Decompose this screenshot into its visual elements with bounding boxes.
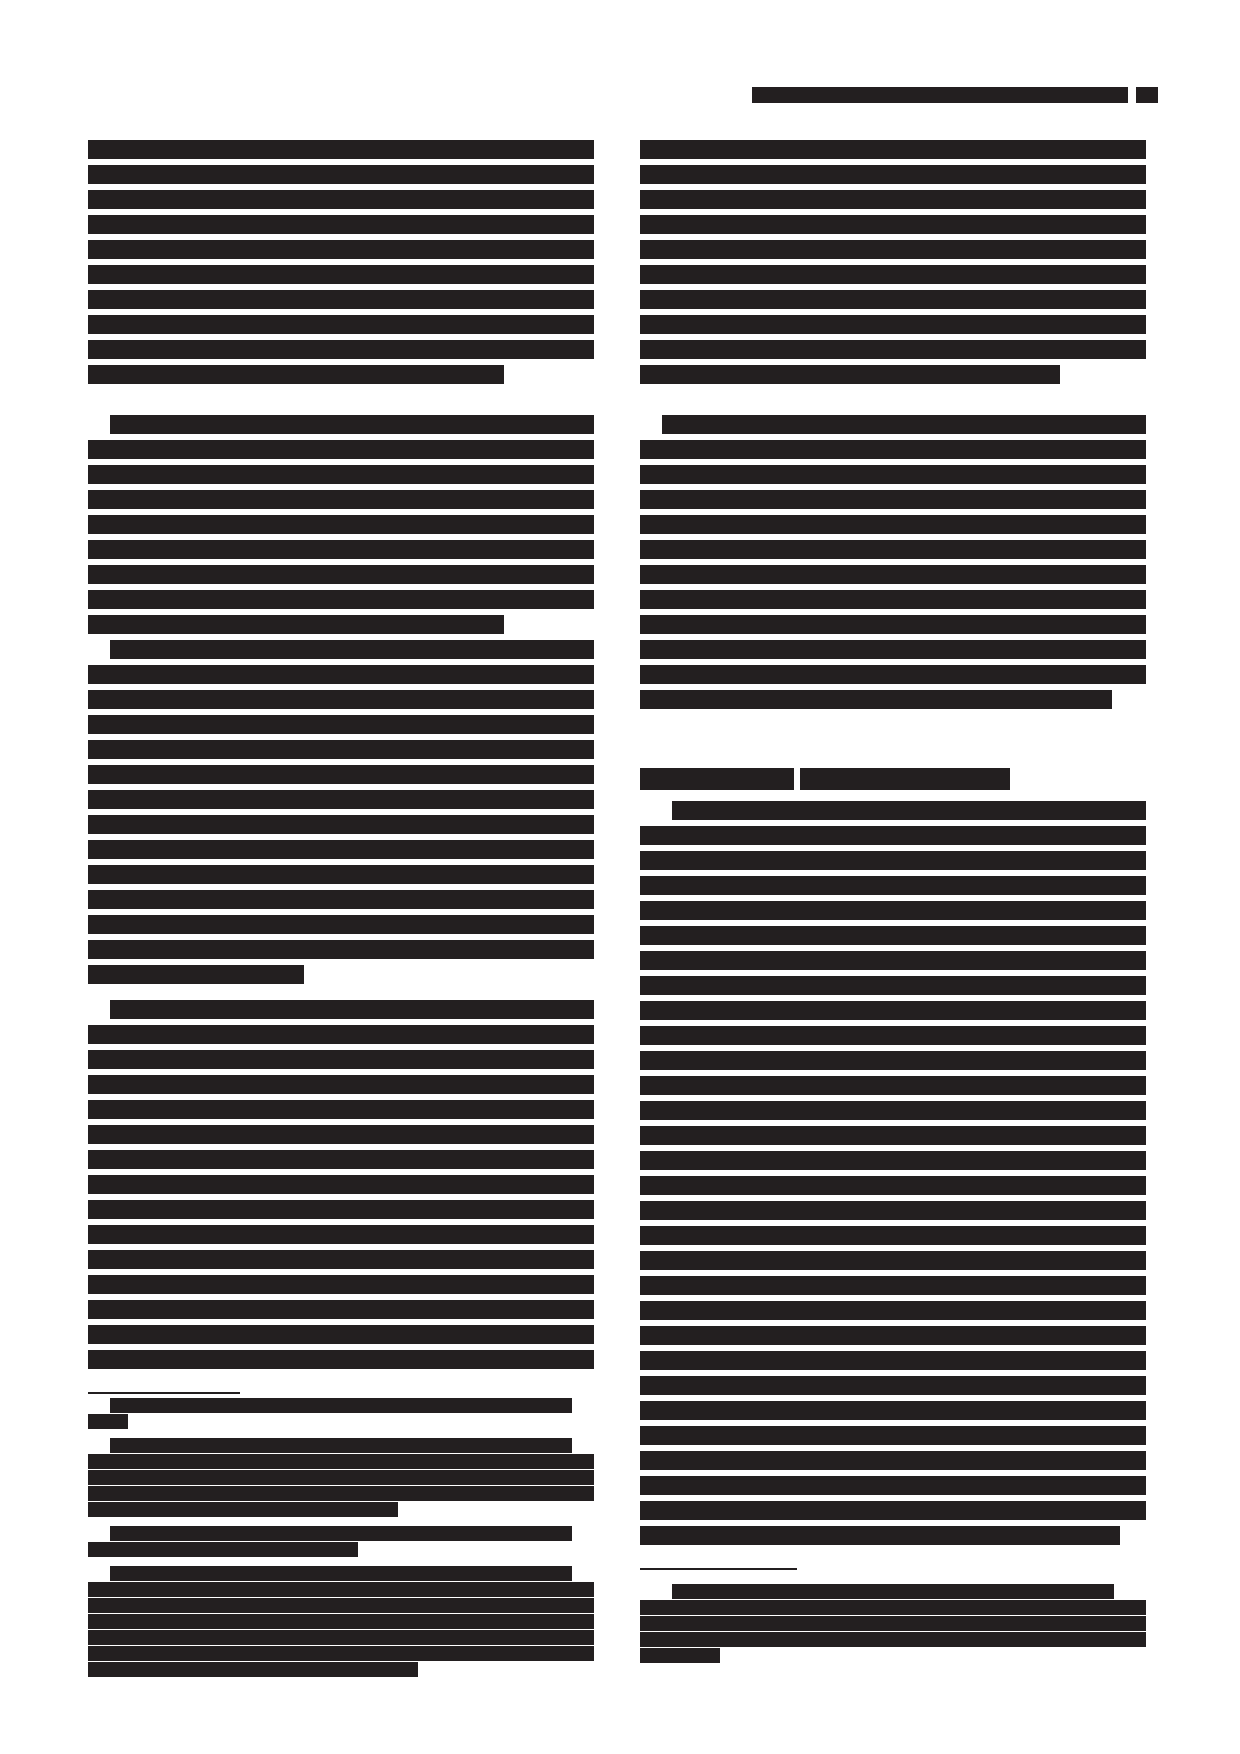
redacted-text-line (640, 240, 1146, 259)
redacted-text-line (640, 1648, 720, 1663)
redacted-text-line (640, 1201, 1146, 1220)
redacted-text-line (110, 1000, 594, 1019)
redacted-text-line (640, 1101, 1146, 1120)
redacted-text-line (88, 590, 594, 609)
redacted-text-line (640, 1501, 1146, 1520)
redacted-text-line (88, 265, 594, 284)
footnote-separator-rule (640, 1568, 797, 1570)
redacted-text-line (88, 1630, 594, 1645)
redacted-text-line (640, 615, 1146, 634)
redacted-text-line (88, 1414, 128, 1429)
redacted-text-line (88, 765, 594, 784)
redacted-text-line (88, 1150, 594, 1169)
redacted-text-line (640, 590, 1146, 609)
redacted-text-line (88, 1025, 594, 1044)
redacted-text-line (640, 340, 1146, 359)
redacted-text-line (88, 365, 504, 384)
redacted-text-line (640, 1276, 1146, 1295)
redacted-text-line (640, 315, 1146, 334)
redacted-text-line (88, 1200, 594, 1219)
redacted-text-line (88, 165, 594, 184)
redacted-text-line (640, 1301, 1146, 1320)
redacted-heading-word (800, 768, 1010, 790)
running-header-title-redacted (752, 87, 1128, 103)
redacted-text-line (88, 715, 594, 734)
redacted-text-line (640, 851, 1146, 870)
redacted-text-line (640, 901, 1146, 920)
redacted-text-line (88, 1582, 594, 1597)
redacted-text-line (640, 440, 1146, 459)
redacted-text-line (640, 265, 1146, 284)
redacted-text-line (88, 615, 504, 634)
redacted-text-line (88, 790, 594, 809)
redacted-text-line (640, 165, 1146, 184)
redacted-text-line (88, 815, 594, 834)
redacted-text-line (88, 840, 594, 859)
redacted-text-line (88, 1542, 358, 1557)
redacted-text-line (110, 640, 594, 659)
redacted-text-line (88, 1075, 594, 1094)
redacted-text-line (640, 1326, 1146, 1345)
redacted-text-line (88, 215, 594, 234)
paper-page (0, 0, 1240, 1754)
redacted-text-line (88, 865, 594, 884)
redacted-text-line (640, 365, 1060, 384)
redacted-text-line (88, 1662, 418, 1677)
redacted-text-line (640, 565, 1146, 584)
redacted-text-line (88, 740, 594, 759)
redacted-text-line (640, 640, 1146, 659)
redacted-text-line (640, 1616, 1146, 1631)
redacted-text-line (640, 926, 1146, 945)
redacted-text-line (640, 1251, 1146, 1270)
redacted-text-line (640, 1351, 1146, 1370)
redacted-text-line (110, 1566, 572, 1581)
redacted-text-line (88, 515, 594, 534)
redacted-text-line (88, 1454, 594, 1469)
redacted-text-line (640, 665, 1146, 684)
redacted-text-line (88, 565, 594, 584)
redacted-text-line (110, 1526, 572, 1541)
redacted-text-line (88, 1350, 594, 1369)
redacted-text-line (110, 1438, 572, 1453)
redacted-text-line (640, 1001, 1146, 1020)
redacted-text-line (88, 190, 594, 209)
redacted-text-line (640, 876, 1146, 895)
redacted-text-line (672, 1584, 1114, 1599)
redacted-text-line (640, 1526, 1120, 1545)
page-number-redacted (1136, 87, 1158, 103)
redacted-text-line (640, 1476, 1146, 1495)
redacted-text-line (88, 690, 594, 709)
redacted-text-line (88, 940, 594, 959)
redacted-text-line (88, 965, 304, 984)
redacted-text-line (640, 540, 1146, 559)
redacted-text-line (88, 1275, 594, 1294)
redacted-text-line (640, 1451, 1146, 1470)
redacted-text-line (640, 1426, 1146, 1445)
redacted-text-line (88, 1125, 594, 1144)
redacted-text-line (88, 665, 594, 684)
redacted-text-line (640, 190, 1146, 209)
redacted-text-line (640, 1226, 1146, 1245)
redacted-text-line (640, 690, 1112, 709)
redacted-text-line (640, 140, 1146, 159)
redacted-text-line (88, 440, 594, 459)
redacted-text-line (88, 290, 594, 309)
redacted-text-line (88, 890, 594, 909)
redacted-text-line (110, 1398, 572, 1413)
redacted-text-line (672, 801, 1146, 820)
redacted-text-line (640, 1026, 1146, 1045)
redacted-text-line (88, 1050, 594, 1069)
redacted-text-line (640, 290, 1146, 309)
redacted-text-line (662, 415, 1146, 434)
redacted-text-line (640, 1401, 1146, 1420)
redacted-text-line (88, 240, 594, 259)
redacted-text-line (640, 465, 1146, 484)
redacted-text-line (640, 215, 1146, 234)
footnote-separator-rule (88, 1392, 240, 1394)
redacted-text-line (88, 1225, 594, 1244)
redacted-text-line (88, 465, 594, 484)
redacted-text-line (88, 915, 594, 934)
redacted-text-line (110, 415, 594, 434)
redacted-text-line (88, 1470, 594, 1485)
redacted-text-line (640, 1076, 1146, 1095)
redacted-text-line (640, 826, 1146, 845)
redacted-text-line (88, 1250, 594, 1269)
redacted-text-line (640, 1600, 1146, 1615)
redacted-text-line (640, 976, 1146, 995)
redacted-text-line (640, 490, 1146, 509)
redacted-text-line (640, 951, 1146, 970)
redacted-text-line (88, 1175, 594, 1194)
redacted-heading-word (640, 768, 794, 790)
redacted-text-line (88, 490, 594, 509)
redacted-text-line (640, 1632, 1146, 1647)
redacted-text-line (88, 1646, 594, 1661)
redacted-text-line (88, 1486, 594, 1501)
redacted-text-line (640, 1376, 1146, 1395)
redacted-text-line (88, 1325, 594, 1344)
redacted-text-line (88, 1614, 594, 1629)
redacted-text-line (88, 340, 594, 359)
redacted-text-line (640, 1126, 1146, 1145)
redacted-text-line (88, 140, 594, 159)
redacted-text-line (88, 540, 594, 559)
redacted-text-line (88, 1300, 594, 1319)
redacted-text-line (88, 315, 594, 334)
redacted-text-line (640, 1051, 1146, 1070)
redacted-text-line (88, 1598, 594, 1613)
redacted-text-line (88, 1100, 594, 1119)
redacted-text-line (640, 1176, 1146, 1195)
redacted-text-line (640, 1151, 1146, 1170)
redacted-text-line (88, 1502, 398, 1517)
redacted-text-line (640, 515, 1146, 534)
